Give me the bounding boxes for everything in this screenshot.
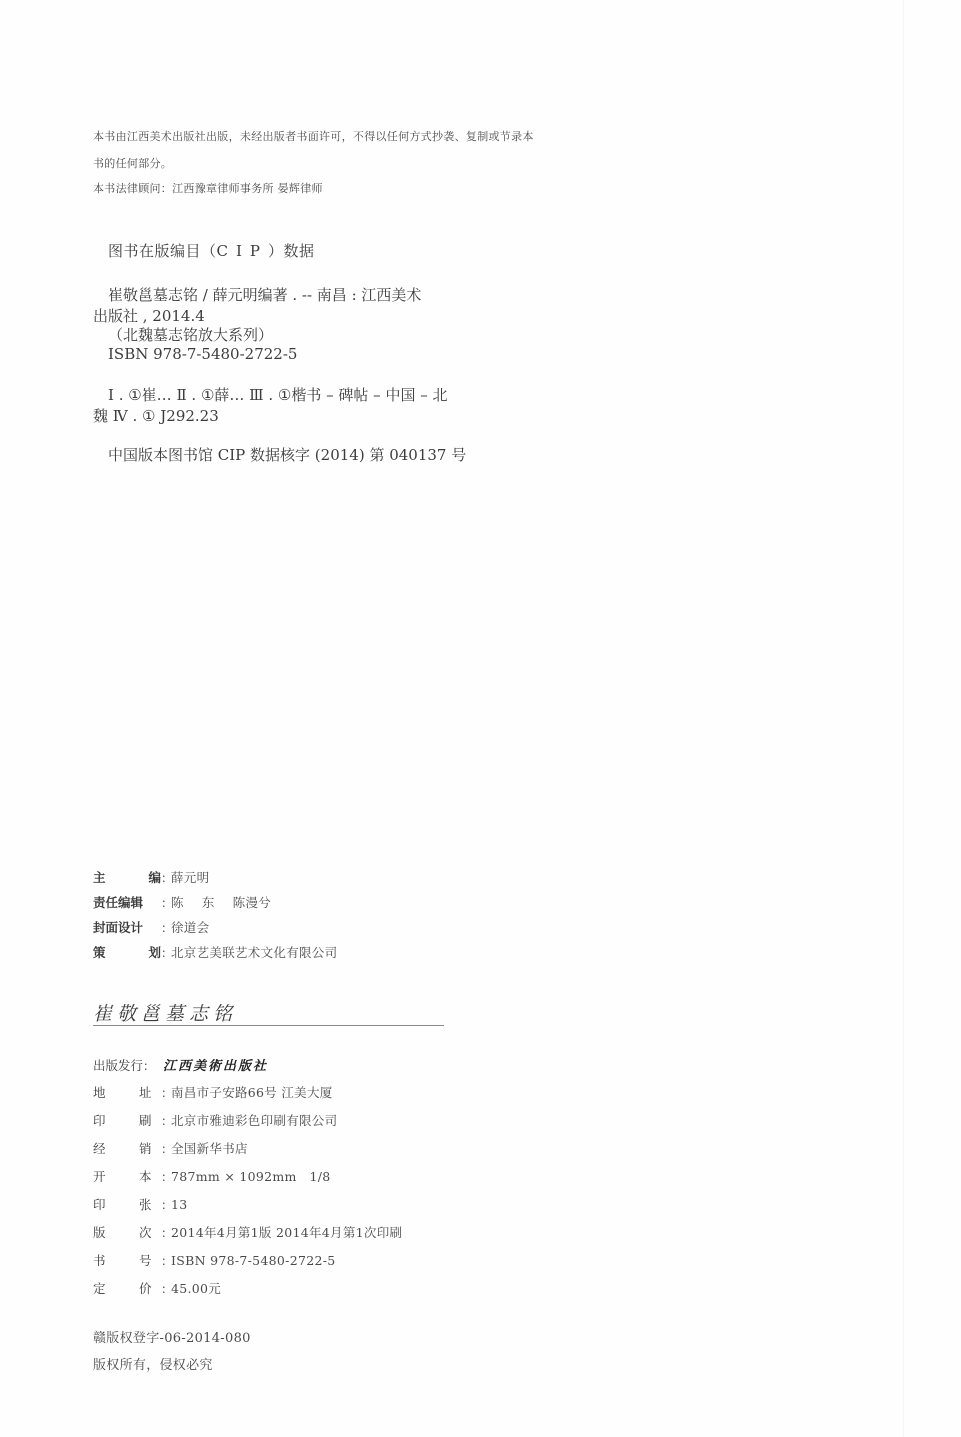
pub-row-address: 地 址 ： 南昌市子安路66号 江美大厦 (93, 1083, 402, 1111)
credit-value: 陈东陈漫兮 (171, 893, 271, 911)
pub-label-a: 书 (93, 1251, 139, 1269)
publication-info: 出版发行 ： 江西美術出版社 地 址 ： 南昌市子安路66号 江美大厦 印 刷 … (93, 1055, 402, 1307)
pub-label-b: 本 (139, 1167, 161, 1185)
pub-label-b: 刷 (139, 1111, 161, 1129)
pub-row-distributor: 经 销 ： 全国新华书店 (93, 1139, 402, 1167)
credit-label: 主 编 (93, 868, 161, 886)
credit-label-part: 策 (93, 943, 106, 961)
copyright-statement-line1: 本书由江西美术出版社出版，未经出版者书面许可，不得以任何方式抄袭、复制或节录本 (93, 122, 593, 152)
credit-label: 责任编辑 (93, 893, 161, 911)
pub-label-b: 张 (139, 1195, 161, 1213)
pub-row-format: 开 本 ： 787mm × 1092mm 1/8 (93, 1167, 402, 1195)
colon: ： (161, 1196, 171, 1213)
publisher-logo: 江西美術出版社 (163, 1055, 268, 1074)
pub-label-a: 经 (93, 1139, 139, 1157)
colon: ： (161, 1168, 171, 1185)
pub-row-edition: 版 次 ： 2014年4月第1版 2014年4月第1次印刷 (93, 1223, 402, 1251)
cip-heading-code: CIP (217, 242, 269, 260)
colon: ： (161, 1140, 171, 1157)
pub-label-a: 定 (93, 1279, 139, 1297)
credit-label-part: 编 (148, 868, 161, 886)
pub-label-b: 销 (139, 1139, 161, 1157)
editor-name-part: 东 (202, 895, 215, 910)
pub-value: 2014年4月第1版 2014年4月第1次印刷 (171, 1223, 402, 1241)
credit-label-part: 主 (93, 868, 106, 886)
pub-label-b: 次 (139, 1223, 161, 1241)
colon: ： (161, 1084, 171, 1101)
pub-row-isbn: 书 号 ： ISBN 978-7-5480-2722-5 (93, 1251, 402, 1279)
colon: ： (161, 1112, 171, 1129)
credit-value: 北京艺美联艺术文化有限公司 (171, 943, 337, 961)
pub-row-publisher: 出版发行 ： 江西美術出版社 (93, 1055, 402, 1083)
footer-block: 赣版权登字-06-2014-080 版权所有，侵权必究 (93, 1325, 251, 1379)
cip-line-classification: Ⅰ . ①崔… Ⅱ . ①薛… Ⅲ . ①楷书 – 碑帖 – 中国 – 北 (108, 384, 448, 405)
page-edge-line (903, 0, 904, 1437)
pub-row-sheets: 印 张 ： 13 (93, 1195, 402, 1223)
colon: ： (143, 1057, 153, 1074)
pub-label-a: 版 (93, 1223, 139, 1241)
copyright-page: 本书由江西美术出版社出版，未经出版者书面许可，不得以任何方式抄袭、复制或节录本 … (0, 0, 961, 1437)
cip-line-publisher: 出版社 , 2014.4 (93, 305, 205, 326)
editor-name: 陈漫兮 (233, 895, 271, 910)
pub-value: 南昌市子安路66号 江美大厦 (171, 1083, 333, 1101)
credit-row-responsible-editor: 责任编辑 ： 陈东陈漫兮 (93, 893, 337, 918)
credit-value: 徐道会 (171, 918, 209, 936)
pub-label: 出版发行 (93, 1056, 143, 1074)
colon: ： (161, 869, 171, 886)
credit-row-cover-design: 封面设计 ： 徐道会 (93, 918, 337, 943)
pub-value: 45.00元 (171, 1279, 221, 1297)
pub-value: ISBN 978-7-5480-2722-5 (171, 1253, 335, 1268)
credit-row-planning: 策 划 ： 北京艺美联艺术文化有限公司 (93, 943, 337, 968)
copyright-registration: 赣版权登字-06-2014-080 (93, 1325, 251, 1352)
legal-counsel: 本书法律顾问：江西豫章律师事务所 晏辉律师 (93, 177, 593, 201)
cip-line-isbn: ISBN 978-7-5480-2722-5 (108, 345, 297, 363)
cip-line-series: （北魏墓志铭放大系列） (108, 324, 273, 345)
cip-heading-prefix: 图书在版编目（ (108, 242, 217, 260)
credit-label-part: 划 (148, 943, 161, 961)
pub-row-printer: 印 刷 ： 北京市雅迪彩色印刷有限公司 (93, 1111, 402, 1139)
pub-label-a: 开 (93, 1167, 139, 1185)
pub-label-a: 印 (93, 1111, 139, 1129)
credit-label: 策 划 (93, 943, 161, 961)
credits-block: 主 编 ： 薛元明 责任编辑 ： 陈东陈漫兮 封面设计 ： 徐道会 策 划 ： … (93, 868, 337, 968)
colon: ： (161, 944, 171, 961)
editor-name-part: 陈 (171, 895, 184, 910)
colon: ： (161, 1280, 171, 1297)
colon: ： (161, 894, 171, 911)
cip-heading-suffix: ）数据 (268, 242, 315, 260)
pub-value: 北京市雅迪彩色印刷有限公司 (171, 1111, 337, 1129)
cip-line-title: 崔敬邕墓志铭 / 薛元明编著 . -- 南昌 : 江西美术 (108, 284, 421, 305)
credit-row-editor-in-chief: 主 编 ： 薛元明 (93, 868, 337, 893)
pub-label-b: 址 (139, 1083, 161, 1101)
credit-value: 薛元明 (171, 868, 209, 886)
pub-value: 787mm × 1092mm 1/8 (171, 1167, 331, 1185)
pub-value: 全国新华书店 (171, 1139, 248, 1157)
pub-label-a: 地 (93, 1083, 139, 1101)
colon: ： (161, 1252, 171, 1269)
pub-label-a: 印 (93, 1195, 139, 1213)
copyright-notice: 本书由江西美术出版社出版，未经出版者书面许可，不得以任何方式抄袭、复制或节录本 … (93, 122, 593, 201)
cip-heading: 图书在版编目（CIP）数据 (108, 240, 315, 261)
copyright-statement-line2: 书的任何部分。 (93, 152, 593, 176)
credit-label: 封面设计 (93, 918, 161, 936)
cip-line-verification: 中国版本图书馆 CIP 数据核字 (2014) 第 040137 号 (108, 444, 466, 465)
colon: ： (161, 1224, 171, 1241)
book-title: 崔敬邕墓志铭 (93, 999, 237, 1026)
colon: ： (161, 919, 171, 936)
pub-label-b: 号 (139, 1251, 161, 1269)
pub-value: 13 (171, 1197, 188, 1212)
cip-line-classification-cont: 魏 Ⅳ . ① J292.23 (93, 405, 219, 426)
pub-row-price: 定 价 ： 45.00元 (93, 1279, 402, 1307)
title-divider (93, 1025, 444, 1026)
pub-label-b: 价 (139, 1279, 161, 1297)
rights-reserved: 版权所有，侵权必究 (93, 1352, 251, 1379)
